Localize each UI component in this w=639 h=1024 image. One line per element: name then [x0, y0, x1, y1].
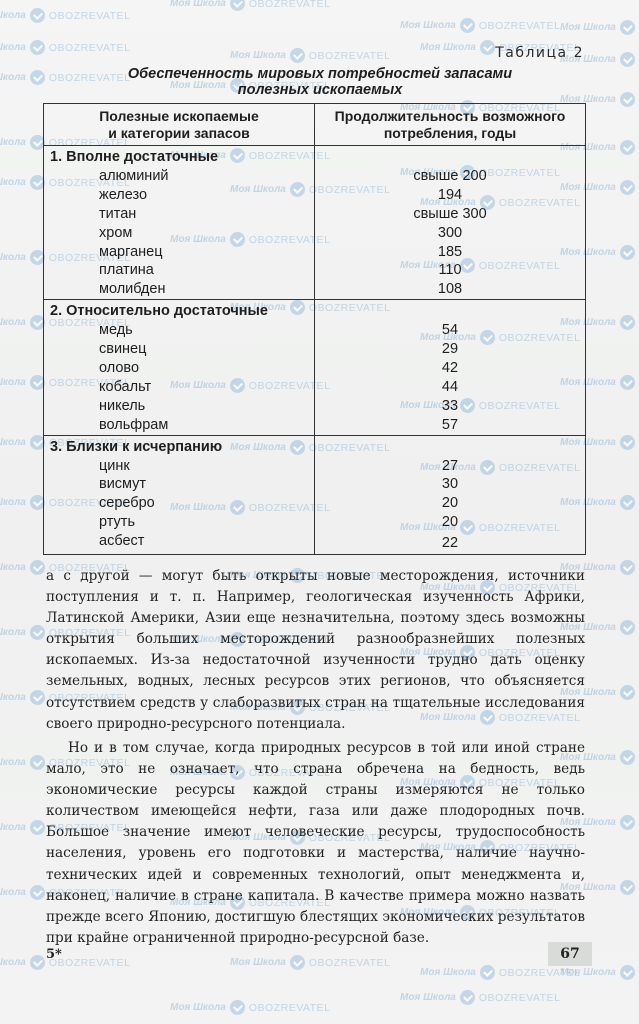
table-row: железо194 [44, 186, 586, 205]
mineral-name: хром [44, 224, 315, 243]
signature-mark: 5* [46, 947, 62, 962]
table-caption: Таблица 2 [495, 45, 584, 61]
table-row: молибден108 [44, 280, 586, 299]
table-header-row: Полезные ископаемые и категории запасов … [44, 104, 586, 146]
group-title-row: 2. Относительно достаточные [44, 300, 586, 321]
group-title: 2. Относительно достаточные [44, 300, 315, 321]
table-row: кобальт44 [44, 378, 586, 397]
table-row: свинец29 [44, 340, 586, 359]
mineral-name: вольфрам [44, 416, 315, 435]
table-title-line2: полезных ископаемых [100, 82, 540, 98]
mineral-name: молибден [44, 280, 315, 299]
mineral-name: медь [44, 321, 315, 340]
mineral-name: никель [44, 397, 315, 416]
table-group-3: 3. Близки к исчерпаниюцинк27висмут30сере… [44, 435, 586, 554]
resources-table: Полезные ископаемые и категории запасов … [43, 103, 586, 555]
duration-value: 42 [315, 359, 586, 378]
group-title-row: 1. Вполне достаточные [44, 146, 586, 167]
duration-value: 30 [315, 475, 586, 494]
mineral-name: висмут [44, 475, 315, 494]
duration-value: 185 [315, 243, 586, 262]
table-row: никель33 [44, 397, 586, 416]
duration-value: 44 [315, 378, 586, 397]
duration-value: 27 [315, 457, 586, 476]
group-title: 3. Близки к исчерпанию [44, 435, 315, 456]
mineral-name: платина [44, 261, 315, 280]
header-duration: Продолжительность возможного потребления… [315, 104, 586, 146]
group-title-empty-cell [315, 435, 586, 456]
page-number: 67 [548, 942, 592, 966]
table-row: асбест22 [44, 532, 586, 554]
mineral-name: железо [44, 186, 315, 205]
group-title-empty-cell [315, 300, 586, 321]
duration-value: 20 [315, 513, 586, 532]
mineral-name: свинец [44, 340, 315, 359]
mineral-name: асбест [44, 532, 315, 554]
mineral-name: олово [44, 359, 315, 378]
mineral-name: цинк [44, 457, 315, 476]
duration-value: 110 [315, 261, 586, 280]
duration-value: 20 [315, 494, 586, 513]
table-title-line1: Обеспеченность мировых потребностей запа… [100, 66, 540, 82]
duration-value: 22 [315, 532, 586, 554]
mineral-name: алюминий [44, 167, 315, 186]
table-row: марганец185 [44, 243, 586, 262]
mineral-name: марганец [44, 243, 315, 262]
duration-value: 300 [315, 224, 586, 243]
table-row: титансвыше 300 [44, 205, 586, 224]
duration-value: 194 [315, 186, 586, 205]
table-row: олово42 [44, 359, 586, 378]
duration-value: 54 [315, 321, 586, 340]
table-group-1: 1. Вполне достаточныеалюминийсвыше 200же… [44, 146, 586, 300]
table-row: серебро20 [44, 494, 586, 513]
table-group-2: 2. Относительно достаточныемедь54свинец2… [44, 300, 586, 435]
table-row: вольфрам57 [44, 416, 586, 435]
group-title-row: 3. Близки к исчерпанию [44, 435, 586, 456]
table-row: ртуть20 [44, 513, 586, 532]
duration-value: свыше 200 [315, 167, 586, 186]
table-row: медь54 [44, 321, 586, 340]
duration-value: 29 [315, 340, 586, 359]
duration-value: 33 [315, 397, 586, 416]
duration-value: свыше 300 [315, 205, 586, 224]
duration-value: 57 [315, 416, 586, 435]
duration-value: 108 [315, 280, 586, 299]
table-row: алюминийсвыше 200 [44, 167, 586, 186]
mineral-name: титан [44, 205, 315, 224]
group-title: 1. Вполне достаточные [44, 146, 315, 167]
header-minerals: Полезные ископаемые и категории запасов [44, 104, 315, 146]
mineral-name: ртуть [44, 513, 315, 532]
group-title-empty-cell [315, 146, 586, 167]
table-row: хром300 [44, 224, 586, 243]
table-title: Обеспеченность мировых потребностей запа… [100, 66, 540, 98]
table-row: висмут30 [44, 475, 586, 494]
paragraph-2: Но и в том случае, когда природных ресур… [46, 738, 585, 949]
mineral-name: серебро [44, 494, 315, 513]
table-row: платина110 [44, 261, 586, 280]
paragraph-1: а с другой — могут быть открыты новые ме… [46, 566, 585, 735]
mineral-name: кобальт [44, 378, 315, 397]
table-row: цинк27 [44, 457, 586, 476]
